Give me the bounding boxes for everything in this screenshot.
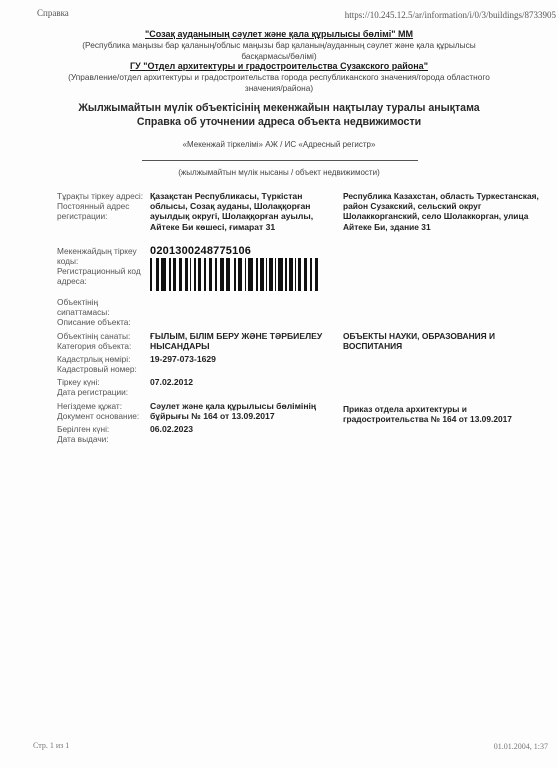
label-kz: Мекенжайдың тіркеу коды:: [57, 246, 147, 266]
object-underline: [142, 160, 418, 161]
value-category-ru: ОБЪЕКТЫ НАУКИ, ОБРАЗОВАНИЯ И ВОСПИТАНИЯ: [343, 331, 528, 351]
label-registration-date: Тіркеу күні: Дата регистрации:: [57, 377, 147, 397]
system-name: «Мекенжай тіркелімі» АЖ / ИС «Адресный р…: [0, 140, 558, 149]
label-ru: Описание объекта:: [57, 317, 147, 327]
doc-title-ru: Справка об уточнении адреса объекта недв…: [0, 116, 558, 129]
label-kz: Негіздеме құжат:: [57, 401, 147, 411]
value-basis-document-ru: Приказ отдела архитектуры и градостроите…: [343, 404, 538, 424]
label-ru: Категория объекта:: [57, 341, 147, 351]
label-permanent-address: Тұрақты тіркеу адресі: Постоянный адрес …: [57, 191, 147, 221]
label-kz: Тіркеу күні:: [57, 377, 147, 387]
value-registration-date: 07.02.2012: [150, 377, 335, 387]
value-permanent-address-ru: Республика Казахстан, область Туркестанс…: [343, 191, 543, 232]
footer-page-number: Стр. 1 из 1: [33, 741, 69, 750]
barcode: [150, 258, 321, 291]
footer-timestamp: 01.01.2004, 1:37: [494, 742, 548, 751]
value-permanent-address-kz: Қазақстан Республикасы, Түркістан облысы…: [150, 191, 335, 232]
value-category-kz: ҒЫЛЫМ, БІЛІМ БЕРУ ЖӘНЕ ТӘРБИЕЛЕУ НЫСАНДА…: [150, 331, 340, 351]
org-note-ru-2: значения/района): [0, 83, 558, 94]
value-issue-date: 06.02.2023: [150, 424, 335, 434]
label-ru: Регистрационный код адреса:: [57, 266, 147, 286]
label-issue-date: Берілген күні: Дата выдачи:: [57, 424, 147, 444]
label-basis-document: Негіздеме құжат: Документ основание:: [57, 401, 147, 421]
label-ru: Дата регистрации:: [57, 387, 147, 397]
value-cadastral-number: 19-297-073-1629: [150, 354, 335, 364]
label-kz: Объектінің сипаттамасы:: [57, 297, 147, 317]
doc-title-kz: Жылжымайтын мүлік объектісінің мекенжайы…: [0, 102, 558, 115]
value-registration-code: 0201300248775106: [150, 245, 251, 257]
org-name-kz: "Созақ ауданының сәулет және қала құрылы…: [0, 29, 558, 39]
label-kz: Берілген күні:: [57, 424, 147, 434]
label-category: Объектінің санаты: Категория объекта:: [57, 331, 147, 351]
label-ru: Документ основание:: [57, 411, 147, 421]
org-note-kz-1: (Республика маңызы бар қаланың/облыс маң…: [0, 40, 558, 51]
label-kz: Объектінің санаты:: [57, 331, 147, 341]
print-header-title: Справка: [37, 8, 69, 18]
org-note-ru-1: (Управление/отдел архитектуры и градостр…: [0, 72, 558, 83]
org-note-kz-2: басқармасы/бөлімі): [0, 51, 558, 62]
label-description: Объектінің сипаттамасы: Описание объекта…: [57, 297, 147, 327]
org-name-ru: ГУ "Отдел архитектуры и градостроительст…: [0, 61, 558, 71]
label-kz: Тұрақты тіркеу адресі:: [57, 191, 147, 201]
label-kz: Кадастрлық нөмірі:: [57, 354, 147, 364]
label-registration-code: Мекенжайдың тіркеу коды: Регистрационный…: [57, 246, 147, 286]
label-cadastral-number: Кадастрлық нөмірі: Кадастровый номер:: [57, 354, 147, 374]
print-header-url: https://10.245.12.5/ar/information/i/0/3…: [345, 10, 556, 20]
value-basis-document-kz: Сәулет және қала құрылысы бөлімінің бұйр…: [150, 401, 330, 421]
label-ru: Кадастровый номер:: [57, 364, 147, 374]
object-caption: (жылжымайтын мүлік нысаны / объект недви…: [0, 168, 558, 177]
label-ru: Постоянный адрес регистрации:: [57, 201, 147, 221]
label-ru: Дата выдачи:: [57, 434, 147, 444]
